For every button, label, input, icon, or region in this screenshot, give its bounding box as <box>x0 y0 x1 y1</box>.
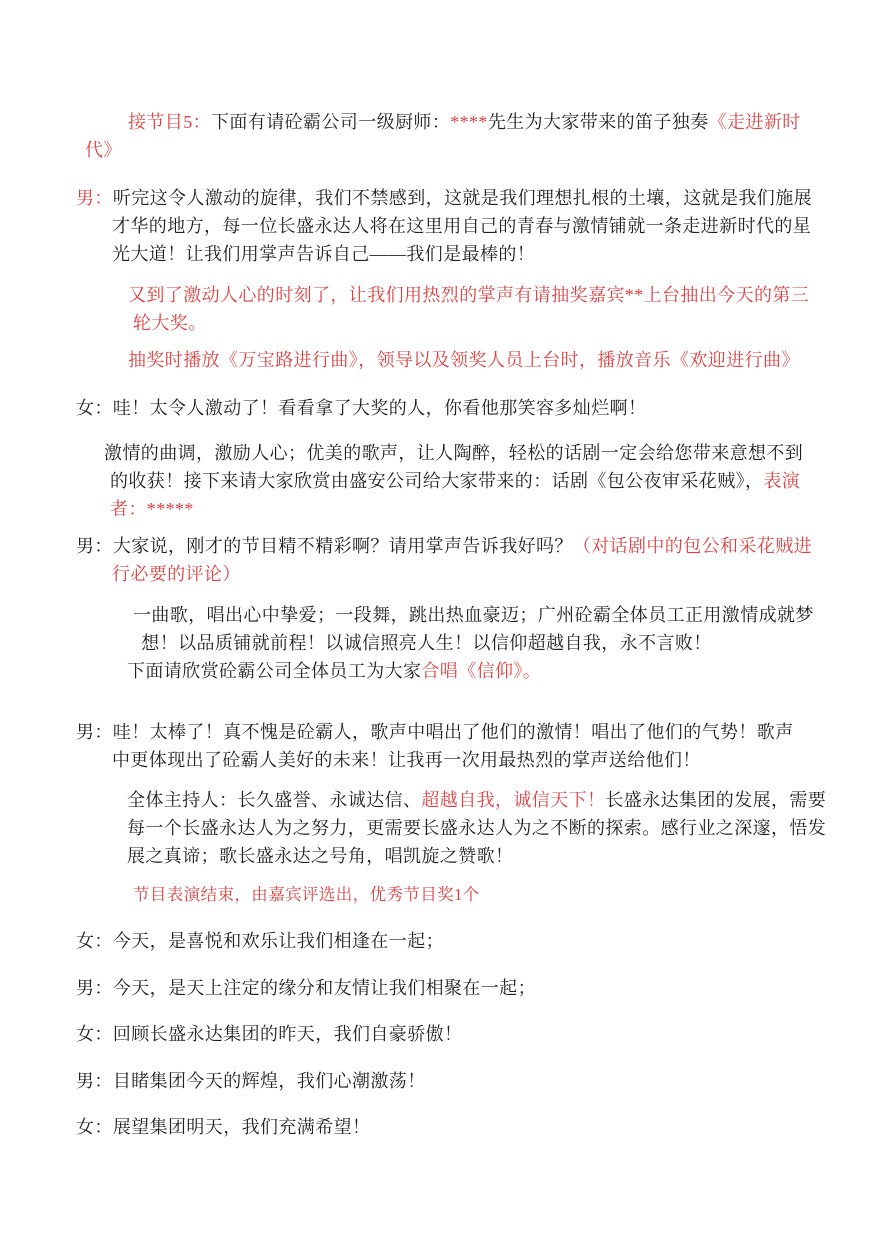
text-segment: 今天，是天上注定的缘分和友情让我们相聚在一起； <box>113 978 536 998</box>
text-segment: 听完这令人激动的旋律，我们不禁感到，这就是我们理想扎根的土壤，这就是我们施展 才… <box>112 188 812 264</box>
text-segment: 合唱《信仰》。 <box>421 661 541 681</box>
female-host-closing-2: 女：回顾长盛永达集团的昨天，我们自豪骄傲！ <box>76 1020 836 1048</box>
text-segment: 女： <box>76 931 113 951</box>
chorus-intro: 一曲歌，唱出心中挚爱；一段舞，跳出热血豪迈；广州砼霸全体员工正用激情成就梦 想！… <box>127 601 866 685</box>
lottery-round-note: 又到了激动人心的时刻了，让我们用热烈的掌声有请抽奖嘉宾**上台抽出今天的第三 轮… <box>133 281 866 337</box>
text-segment: 回顾长盛永达集团的昨天，我们自豪骄傲！ <box>113 1024 463 1044</box>
text-segment: 女： <box>76 398 113 418</box>
text-segment: 男： <box>76 722 113 742</box>
female-host-after-lottery: 女：哇！太令人激动了！看看拿了大奖的人，你看他那笑容多灿烂啊！ <box>76 394 836 422</box>
text-segment: 抽奖时播放《万宝路进行曲》，领导以及领奖人员上台时，播放音乐《欢迎进行曲》 <box>128 350 800 370</box>
text-segment: **** <box>450 112 488 132</box>
text-segment: 今天，是喜悦和欢乐让我们相逢在一起； <box>113 931 444 951</box>
text-segment: 全体主持人：长久盛誉、永诚达信、 <box>127 790 421 810</box>
text-segment: 目睹集团今天的辉煌，我们心潮激荡！ <box>113 1071 426 1091</box>
text-segment: 男： <box>76 978 113 998</box>
text-segment: 接节目5： <box>128 112 211 132</box>
text-segment: 下面有请砼霸公司一级厨师： <box>211 112 450 132</box>
music-cue-note: 抽奖时播放《万宝路进行曲》，领导以及领奖人员上台时，播放音乐《欢迎进行曲》 <box>128 346 866 374</box>
male-host-after-drama: 男：大家说，刚才的节目精不精彩啊？请用掌声告诉我好吗？（对话剧中的包公和采花贼进… <box>76 532 836 588</box>
male-host-closing-2: 男：目睹集团今天的辉煌，我们心潮激荡！ <box>76 1067 836 1095</box>
text-segment: 男： <box>76 536 113 556</box>
text-segment: 先生为大家带来的笛子独奏 <box>488 112 709 132</box>
text-segment: 激情的曲调，激励人心；优美的歌声，让人陶醉，轻松的话剧一定会给您带来意想不到 的… <box>104 443 803 491</box>
text-segment: 哇！太令人激动了！看看拿了大奖的人，你看他那笑容多灿烂啊！ <box>113 398 647 418</box>
program-note-5: 接节目5：下面有请砼霸公司一级厨师：****先生为大家带来的笛子独奏《走进新时 … <box>85 108 845 164</box>
text-segment: 女： <box>76 1117 113 1137</box>
text-segment: 超越自我，诚信天下！ <box>421 790 605 810</box>
text-segment: 大家说，刚才的节目精不精彩啊？请用掌声告诉我好吗？ <box>113 536 573 556</box>
text-segment: 女： <box>76 1024 113 1044</box>
text-segment: 又到了激动人心的时刻了，让我们用热烈的掌声有请抽奖嘉宾**上台抽出今天的第三 轮… <box>128 285 809 333</box>
document-page: 接节目5：下面有请砼霸公司一级厨师：****先生为大家带来的笛子独奏《走进新时 … <box>0 0 884 1251</box>
text-segment: 展望集团明天，我们充满希望！ <box>113 1117 371 1137</box>
text-segment: 哇！太棒了！真不愧是砼霸人，歌声中唱出了他们的激情！唱出了他们的气势！歌声 中更… <box>112 722 794 770</box>
drama-intro: 激情的曲调，激励人心；优美的歌声，让人陶醉，轻松的话剧一定会给您带来意想不到 的… <box>110 439 866 523</box>
award-selection-note: 节目表演结束，由嘉宾评选出，优秀节目奖1个 <box>133 881 866 909</box>
text-segment: 男： <box>76 188 113 208</box>
male-host-after-flute: 男：听完这令人激动的旋律，我们不禁感到，这就是我们理想扎根的土壤，这就是我们施展… <box>76 184 836 268</box>
male-host-after-chorus: 男：哇！太棒了！真不愧是砼霸人，歌声中唱出了他们的激情！唱出了他们的气势！歌声 … <box>76 718 836 774</box>
male-host-closing-1: 男：今天，是天上注定的缘分和友情让我们相聚在一起； <box>76 974 836 1002</box>
female-host-closing-1: 女：今天，是喜悦和欢乐让我们相逢在一起； <box>76 927 836 955</box>
document-body: { "page": { "type": "event-host-script-d… <box>0 0 884 1251</box>
female-host-closing-3: 女：展望集团明天，我们充满希望！ <box>76 1113 836 1141</box>
all-hosts-line: 全体主持人：长久盛誉、永诚达信、超越自我，诚信天下！长盛永达集团的发展，需要 每… <box>127 786 866 870</box>
text-segment: 节目表演结束，由嘉宾评选出，优秀节目奖1个 <box>133 885 480 904</box>
text-segment: 男： <box>76 1071 113 1091</box>
